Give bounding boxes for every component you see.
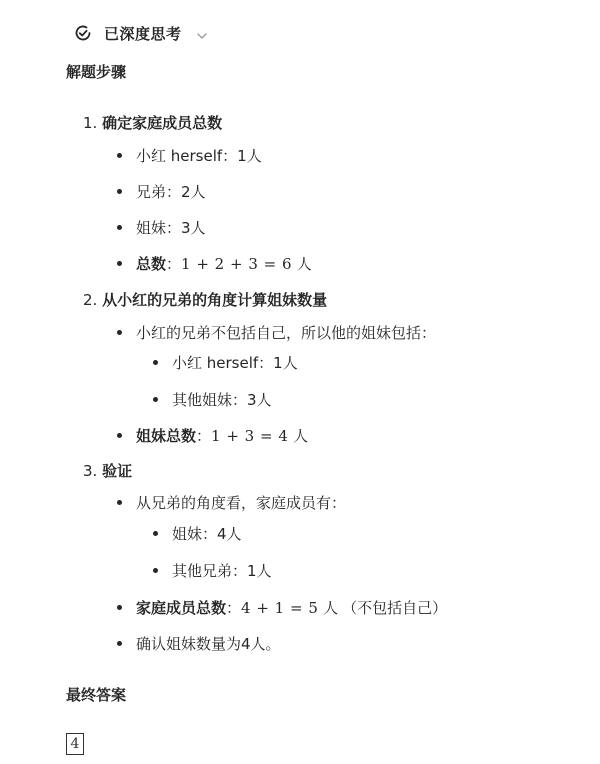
bullet-icon [117, 500, 122, 505]
item-label: 姐妹总数 [136, 425, 196, 446]
item-text: 小红 herself：1人 [136, 145, 262, 166]
step-number: 2. [83, 291, 97, 309]
thinking-label: 已深度思考 [104, 23, 182, 44]
list-item: 小红 herself：1人 [153, 352, 298, 373]
bullet-icon [117, 330, 122, 335]
item-label: 家庭成员总数 [136, 597, 226, 618]
item-text: 从兄弟的角度看，家庭成员有： [136, 492, 346, 513]
list-item: 兄弟：2人 [117, 181, 206, 202]
boxed-answer: 4 [66, 733, 84, 755]
item-text: 其他姐妹：3人 [172, 389, 272, 410]
bullet-icon [153, 568, 158, 573]
list-item: 总数：1 + 2 + 3 = 6 人 [117, 253, 312, 274]
deep-thinking-toggle[interactable]: 已深度思考 [74, 22, 208, 44]
list-item: 姐妹：4人 [153, 523, 242, 544]
item-text: 姐妹：3人 [136, 217, 206, 238]
step-number: 1. [83, 114, 97, 132]
item-unit: 人 [292, 253, 312, 274]
list-item: 其他姐妹：3人 [153, 389, 272, 410]
step-1: 1. 确定家庭成员总数 [83, 112, 222, 133]
step-2: 2. 从小红的兄弟的角度计算姐妹数量 [83, 289, 327, 310]
math-expression: 4 + 1 = 5 [241, 599, 318, 617]
item-sep: ： [196, 425, 211, 446]
step-number: 3. [83, 462, 97, 480]
item-text: 姐妹：4人 [172, 523, 242, 544]
item-suffix: （不包括自己） [342, 597, 447, 618]
item-sep: ： [226, 597, 241, 618]
bullet-icon [117, 641, 122, 646]
step-3: 3. 验证 [83, 460, 132, 481]
list-item: 其他兄弟：1人 [153, 560, 272, 581]
section-heading-steps: 解题步骤 [66, 61, 126, 82]
item-text: 确认姐妹数量为4人。 [136, 633, 281, 654]
math-expression: 1 + 3 = 4 [211, 427, 288, 445]
list-item: 确认姐妹数量为4人。 [117, 633, 281, 654]
bullet-icon [153, 360, 158, 365]
item-text: 其他兄弟：1人 [172, 560, 272, 581]
item-unit: 人 [318, 597, 338, 618]
list-item: 从兄弟的角度看，家庭成员有： [117, 492, 346, 513]
bullet-icon [117, 225, 122, 230]
list-item: 家庭成员总数：4 + 1 = 5 人（不包括自己） [117, 597, 447, 618]
bullet-icon [117, 153, 122, 158]
bullet-icon [117, 189, 122, 194]
math-expression: 1 + 2 + 3 = 6 [181, 255, 292, 273]
check-circle-icon [74, 24, 92, 42]
bullet-icon [153, 531, 158, 536]
bullet-icon [153, 397, 158, 402]
list-item: 姐妹总数：1 + 3 = 4 人 [117, 425, 308, 446]
list-item: 小红 herself：1人 [117, 145, 262, 166]
list-item: 姐妹：3人 [117, 217, 206, 238]
item-text: 小红的兄弟不包括自己，所以他的姐妹包括： [136, 322, 436, 343]
step-title: 确定家庭成员总数 [102, 114, 222, 132]
step-title: 验证 [102, 462, 132, 480]
item-unit: 人 [288, 425, 308, 446]
list-item: 小红的兄弟不包括自己，所以他的姐妹包括： [117, 322, 436, 343]
step-title: 从小红的兄弟的角度计算姐妹数量 [102, 291, 327, 309]
section-heading-final-answer: 最终答案 [66, 684, 126, 705]
bullet-icon [117, 261, 122, 266]
item-text: 小红 herself：1人 [172, 352, 298, 373]
item-label: 总数 [136, 253, 166, 274]
item-text: 兄弟：2人 [136, 181, 206, 202]
chevron-down-icon [196, 27, 208, 39]
bullet-icon [117, 433, 122, 438]
bullet-icon [117, 605, 122, 610]
item-sep: ： [166, 253, 181, 274]
